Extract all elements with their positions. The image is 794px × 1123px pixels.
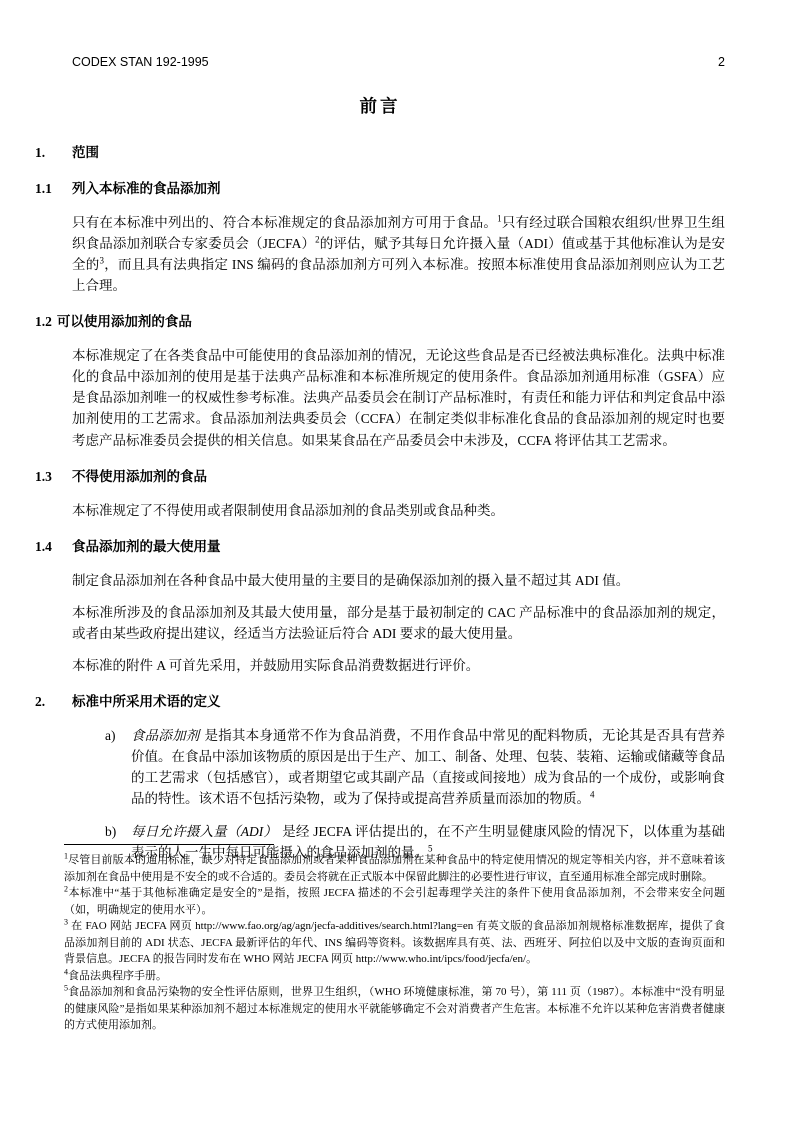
text-run: 是指其本身通常不作为食品消费，不用作食品中常见的配料物质，无论其是否具有营养价值… xyxy=(131,728,725,806)
paragraph-1-3: 本标准规定了不得使用或者限制使用食品添加剂的食品类别或食品种类。 xyxy=(72,500,725,521)
footnote-3: 3 在 FAO 网站 JECFA 网页 http://www.fao.org/a… xyxy=(64,918,725,968)
text-run: ，而且具有法典指定 INS 编码的食品添加剂方可列入本标准。按照本标准使用食品添… xyxy=(72,257,725,293)
defined-term: 每日允许摄入量（ADI） xyxy=(131,824,277,839)
document-code: CODEX STAN 192-1995 xyxy=(72,55,209,69)
footnote-ref-4: 4 xyxy=(590,790,595,800)
footnote-1: 1尽管目前版本的通用标准，缺少对特定食品添加剂或者某种食品添加剂在某种食品中的特… xyxy=(64,852,725,885)
section-1-1-heading: 1.1 列入本标准的食品添加剂 xyxy=(35,178,725,199)
paragraph-1-4-b: 本标准所涉及的食品添加剂及其最大使用量，部分是基于最初制定的 CAC 产品标准中… xyxy=(72,602,725,644)
definition-text: 食品添加剂是指其本身通常不作为食品消费，不用作食品中常见的配料物质，无论其是否具… xyxy=(131,725,725,809)
section-title: 列入本标准的食品添加剂 xyxy=(72,178,221,199)
section-title: 标准中所采用术语的定义 xyxy=(72,691,221,712)
section-title: 可以使用添加剂的食品 xyxy=(57,314,192,329)
footnote-5: 5食品添加剂和食品污染物的安全性评估原则，世界卫生组织，（WHO 环境健康标准，… xyxy=(64,984,725,1034)
footnote-text: 食品法典程序手册。 xyxy=(68,970,167,982)
footnote-text: 食品添加剂和食品污染物的安全性评估原则，世界卫生组织，（WHO 环境健康标准，第… xyxy=(64,986,725,1031)
page-header: CODEX STAN 192-1995 2 xyxy=(72,55,725,69)
paragraph-1-1: 只有在本标准中列出的、符合本标准规定的食品添加剂方可用于食品。1只有经过联合国粮… xyxy=(72,212,725,296)
footnote-separator xyxy=(64,844,274,845)
list-marker: a) xyxy=(105,725,131,809)
section-number: 1.1 xyxy=(35,178,72,199)
document-body: 1. 范围 1.1 列入本标准的食品添加剂 只有在本标准中列出的、符合本标准规定… xyxy=(35,142,725,863)
section-title: 不得使用添加剂的食品 xyxy=(72,466,207,487)
section-1-3-heading: 1.3 不得使用添加剂的食品 xyxy=(35,466,725,487)
section-1-heading: 1. 范围 xyxy=(35,142,725,163)
document-page: CODEX STAN 192-1995 2 前言 1. 范围 1.1 列入本标准… xyxy=(0,0,794,1123)
footnote-text: 在 FAO 网站 JECFA 网页 http://www.fao.org/ag/… xyxy=(64,920,725,965)
footnote-2: 2本标准中“基于其他标准确定是安全的”是指，按照 JECFA 描述的不会引起毒理… xyxy=(64,885,725,918)
section-title: 食品添加剂的最大使用量 xyxy=(72,536,221,557)
definition-item-a: a) 食品添加剂是指其本身通常不作为食品消费，不用作食品中常见的配料物质，无论其… xyxy=(105,725,725,809)
page-number: 2 xyxy=(718,55,725,69)
paragraph-1-2: 本标准规定了在各类食品中可能使用的食品添加剂的情况，无论这些食品是否已经被法典标… xyxy=(72,345,725,450)
section-number: 1. xyxy=(35,142,72,163)
footnote-4: 4食品法典程序手册。 xyxy=(64,968,725,985)
paragraph-1-4-a: 制定食品添加剂在各种食品中最大使用量的主要目的是确保添加剂的摄入量不超过其 AD… xyxy=(72,570,725,591)
paragraph-1-4-c: 本标准的附件 A 可首先采用，并鼓励用实际食品消费数据进行评价。 xyxy=(72,655,725,676)
section-number: 1.3 xyxy=(35,466,72,487)
section-1-2-heading: 1.2可以使用添加剂的食品 xyxy=(35,311,725,332)
section-title: 范围 xyxy=(72,142,99,163)
defined-term: 食品添加剂 xyxy=(131,728,200,743)
section-number: 1.2 xyxy=(35,314,52,329)
section-number: 1.4 xyxy=(35,536,72,557)
text-run: 只有在本标准中列出的、符合本标准规定的食品添加剂方可用于食品。 xyxy=(72,215,497,230)
footnotes-section: 1尽管目前版本的通用标准，缺少对特定食品添加剂或者某种食品添加剂在某种食品中的特… xyxy=(64,844,725,1034)
footnote-text: 尽管目前版本的通用标准，缺少对特定食品添加剂或者某种食品添加剂在某种食品中的特定… xyxy=(64,854,725,883)
section-number: 2. xyxy=(35,691,72,712)
document-title: 前言 xyxy=(35,93,725,118)
section-2-heading: 2. 标准中所采用术语的定义 xyxy=(35,691,725,712)
footnote-text: 本标准中“基于其他标准确定是安全的”是指，按照 JECFA 描述的不会引起毒理学… xyxy=(64,887,725,916)
section-1-4-heading: 1.4 食品添加剂的最大使用量 xyxy=(35,536,725,557)
